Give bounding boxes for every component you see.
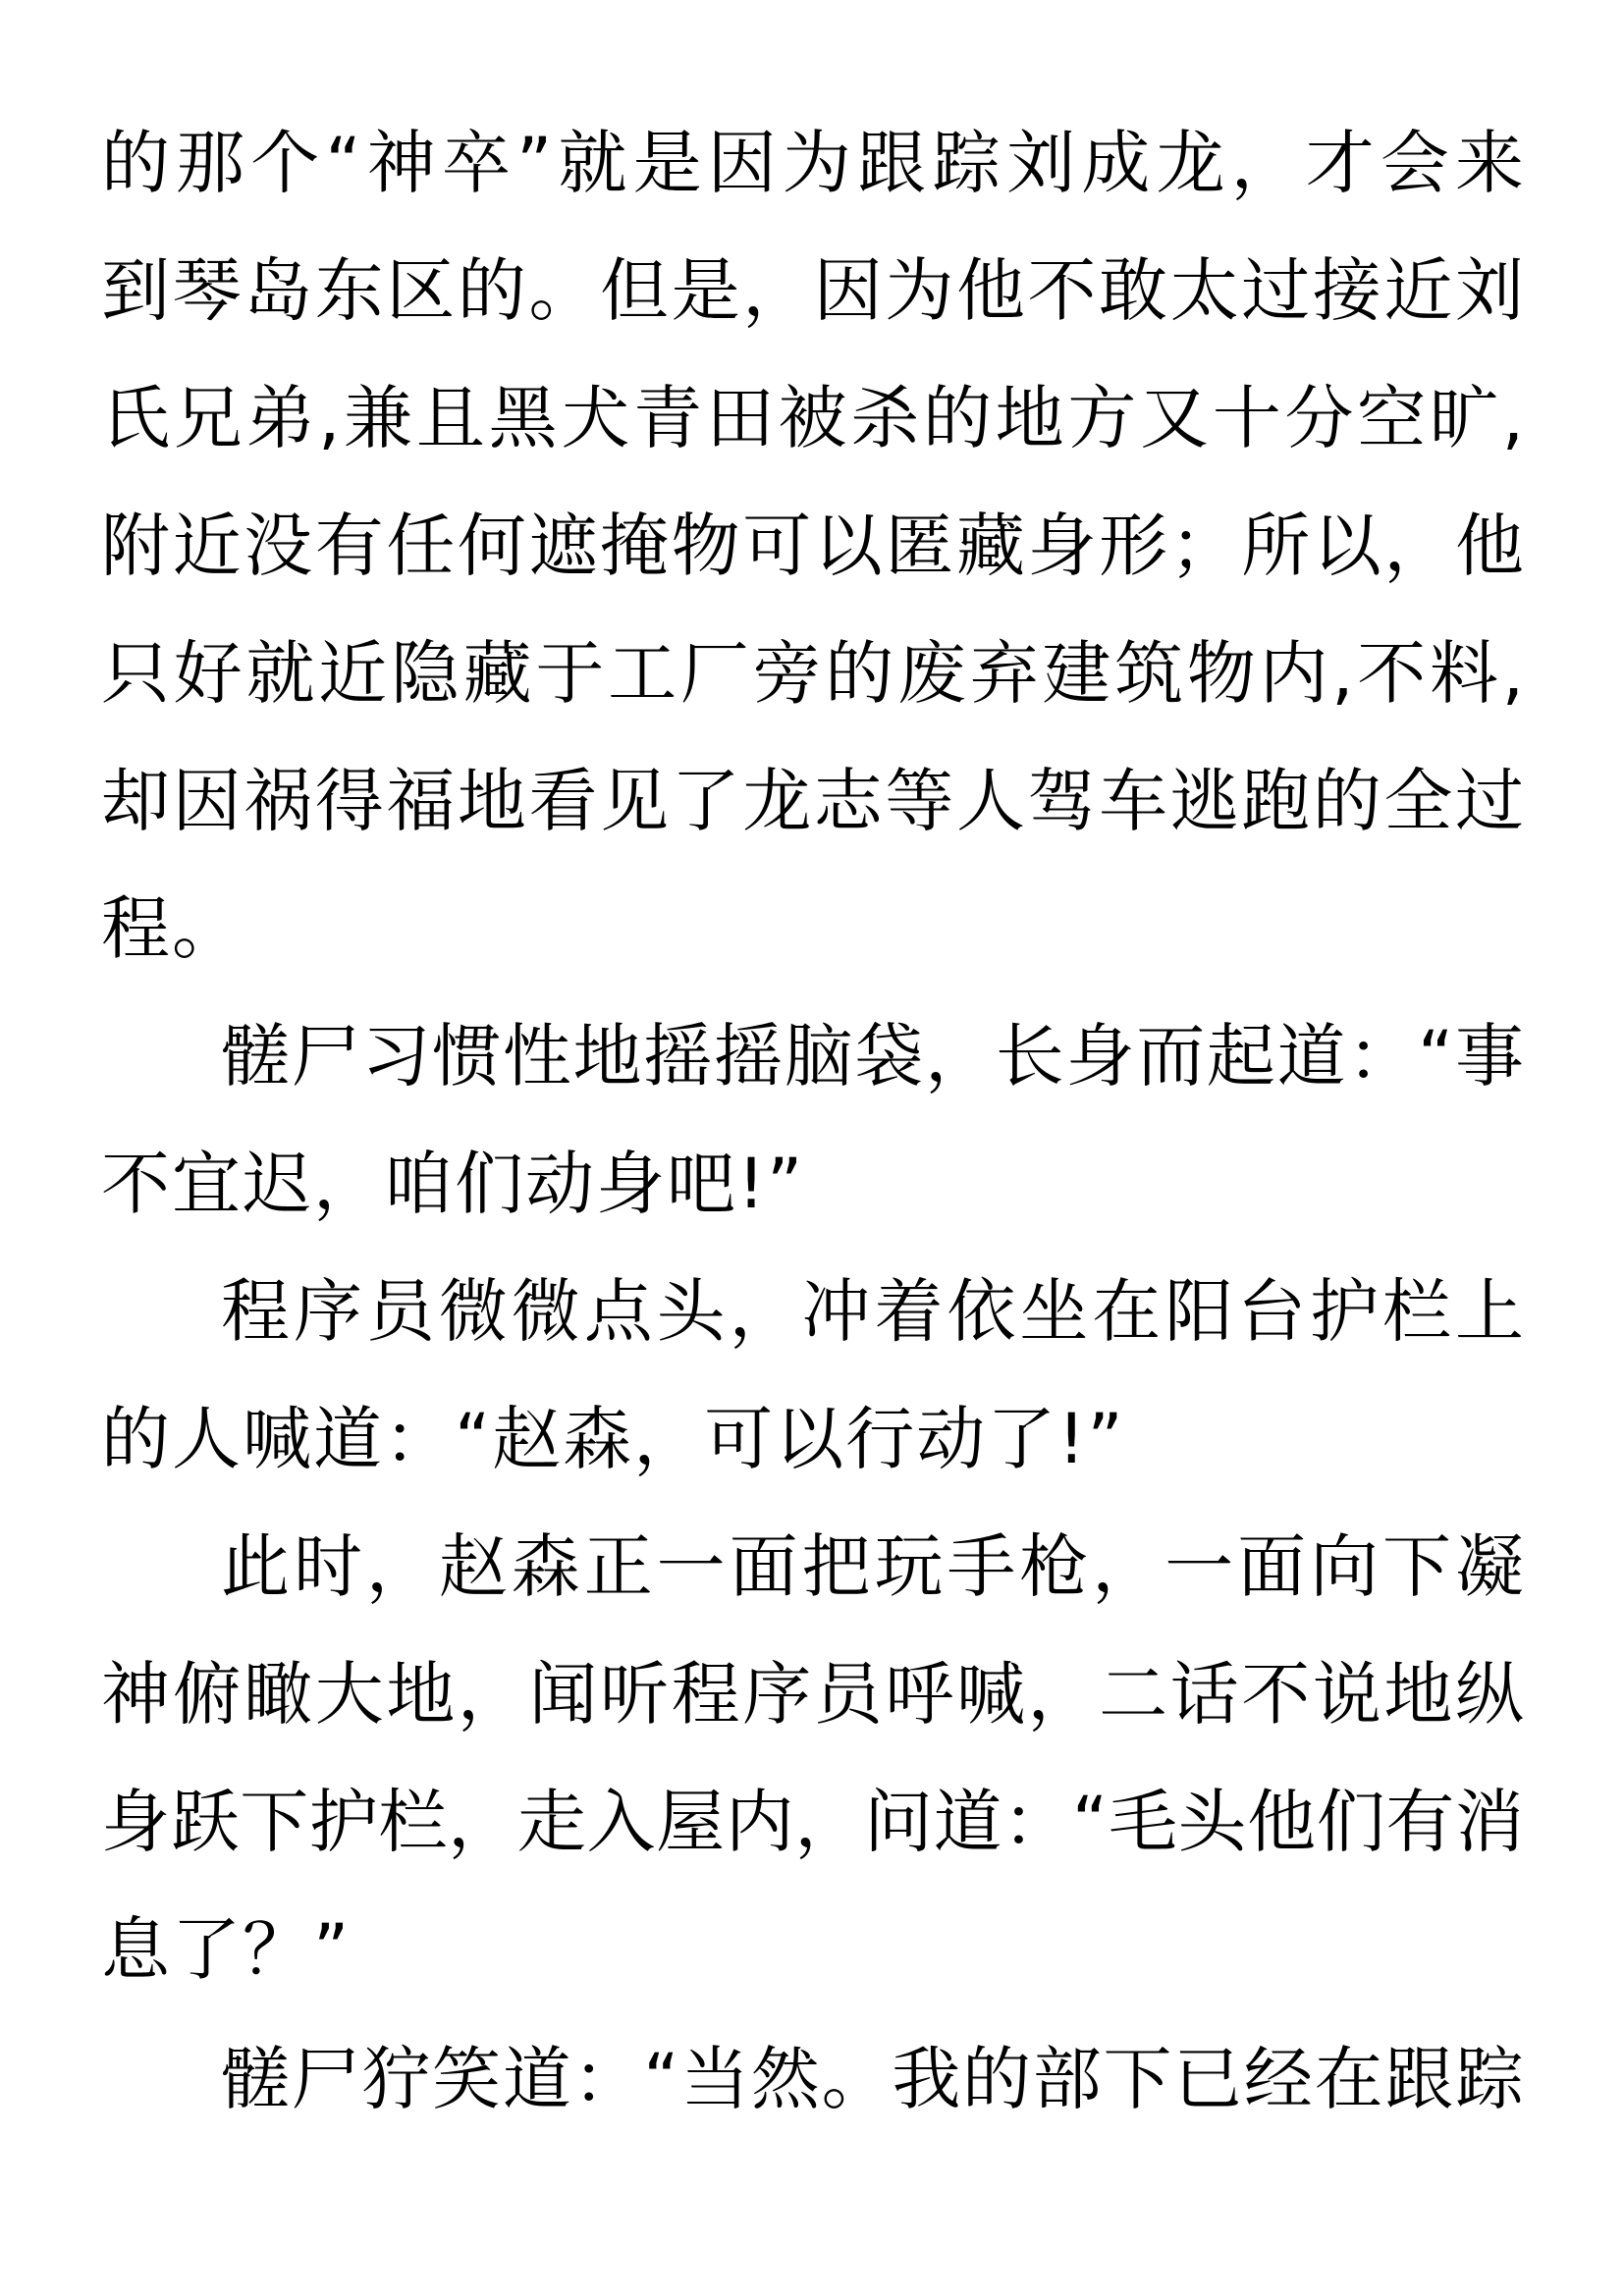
- text-line-10: 程序员微微点头，冲着依坐在阳台护栏上: [221, 1276, 1524, 1347]
- text-line-2: 到琴岛东区的。但是，因为他不敢太过接近刘: [101, 255, 1524, 326]
- text-line-4: 附近没有任何遮掩物可以匿藏身形；所以，他: [101, 510, 1524, 581]
- text-line-6: 却因祸得福地看见了龙志等人驾车逃跑的全过: [101, 766, 1524, 836]
- text-line-11: 的人喊道：“赵森，可以行动了!”: [101, 1404, 1524, 1474]
- text-line-14: 身跃下护栏，走入屋内，问道：“毛头他们有消: [101, 1787, 1524, 1857]
- text-line-5: 只好就近隐藏于工厂旁的废弃建筑物内,不料,: [101, 638, 1524, 709]
- text-line-12: 此时，赵森正一面把玩手枪，一面向下凝: [221, 1531, 1524, 1602]
- text-line-3: 氏兄弟,兼且黑犬青田被杀的地方又十分空旷,: [101, 383, 1524, 454]
- text-line-16: 髊尸狞笑道：“当然。我的部下已经在跟踪: [221, 2044, 1524, 2114]
- text-line-7: 程。: [101, 893, 1524, 964]
- text-line-13: 神俯瞰大地，闻听程序员呼喊，二话不说地纵: [101, 1659, 1524, 1730]
- text-line-1: 的那个“神卒”就是因为跟踪刘成龙，才会来: [101, 128, 1524, 198]
- text-line-15: 息了？”: [101, 1914, 1524, 1985]
- text-line-9: 不宜迟，咱们动身吧!”: [101, 1148, 1524, 1219]
- document-page: 的那个“神卒”就是因为跟踪刘成龙，才会来 到琴岛东区的。但是，因为他不敢太过接近…: [0, 0, 1624, 2296]
- text-line-8: 髊尸习惯性地摇摇脑袋，长身而起道：“事: [221, 1021, 1524, 1092]
